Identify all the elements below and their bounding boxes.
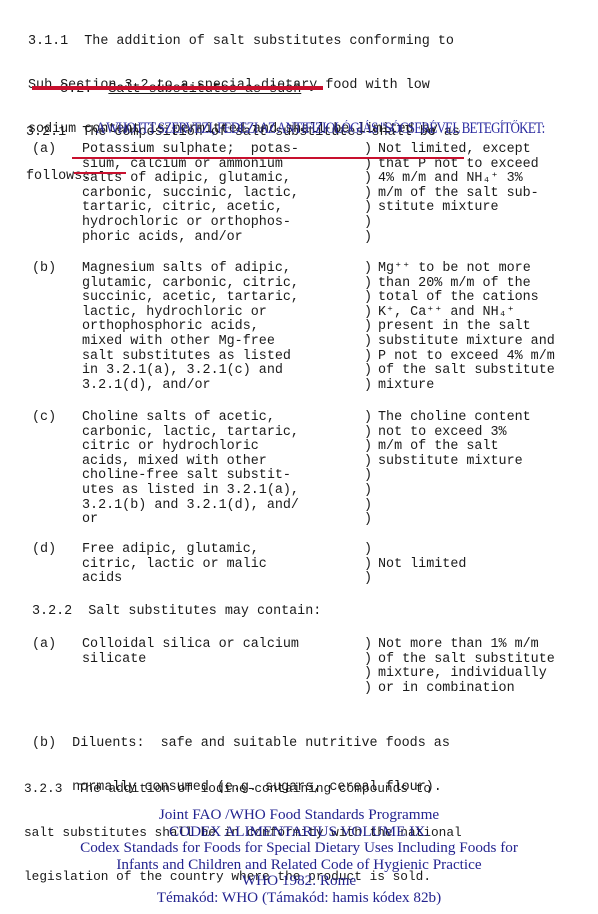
item-row: (b)Magnesium salts of adipic, glutamic, …: [32, 262, 555, 393]
item-limit-description: Not more than 1% m/m of the salt substit…: [378, 638, 555, 696]
clause-323-line: 3.2.3 The addition of iodine-containing …: [24, 782, 462, 797]
item-322b-line: (b) Diluents: safe and suitable nutritiv…: [32, 737, 450, 752]
red-underline: [72, 157, 464, 159]
annotation-stamp: A WHO ITT SZERVEZI, FEDEZI AZ ANTIFIZIOL…: [96, 120, 544, 138]
footer-line: CODEX ALIMENTARIUS VOLUME IX.: [0, 824, 598, 841]
bracket-divider: ) ) ) ) ) ) ) ): [364, 411, 378, 528]
footer-line: WHO 1982. Rome: [0, 873, 598, 890]
item-limit-description: The choline content not to exceed 3% m/m…: [378, 411, 531, 528]
bracket-divider: ) ) ) ): [364, 638, 378, 696]
item-label: (c): [32, 411, 82, 528]
item-label: (d): [32, 543, 82, 587]
clause-322: 3.2.2 Salt substitutes may contain:: [32, 605, 321, 620]
intro-line: 3.1.1 The addition of salt substitutes c…: [28, 35, 454, 50]
footer-line: Témakód: WHO (Támakód: hamis kódex 82b): [0, 890, 598, 907]
red-highlight-bar: [32, 86, 323, 90]
bracket-divider: ) ) ) ) ) ) ) ) ): [364, 262, 378, 393]
item-substance-description: Magnesium salts of adipic, glutamic, car…: [82, 262, 364, 393]
footer-line: Codex Standads for Foods for Special Die…: [0, 840, 598, 857]
item-label: (a): [32, 638, 82, 696]
footer-line: Infants and Children and Related Code of…: [0, 857, 598, 874]
red-underline-sium: [74, 172, 126, 174]
item-label: (b): [32, 262, 82, 393]
item-row: (c)Choline salts of acetic, carbonic, la…: [32, 411, 531, 528]
item-substance-description: Free adipic, glutamic, citric, lactic or…: [82, 543, 364, 587]
scanned-document-page: 3.1.1 The addition of salt substitutes c…: [0, 0, 598, 914]
bracket-divider: ) ) ): [364, 543, 378, 587]
footer-line: Joint FAO /WHO Food Standards Programme: [0, 807, 598, 824]
citation-footer: Joint FAO /WHO Food Standards Programme …: [0, 807, 598, 907]
item-limit-description: Mg⁺⁺ to be not more than 20% m/m of the …: [378, 262, 555, 393]
item-substance-description: Colloidal silica or calcium silicate: [82, 638, 364, 696]
item-limit-description: Not limited: [378, 543, 466, 587]
item-row: (d)Free adipic, glutamic, citric, lactic…: [32, 543, 466, 587]
item-substance-description: Choline salts of acetic, carbonic, lacti…: [82, 411, 364, 528]
item-row: (a)Colloidal silica or calcium silicate)…: [32, 638, 555, 696]
